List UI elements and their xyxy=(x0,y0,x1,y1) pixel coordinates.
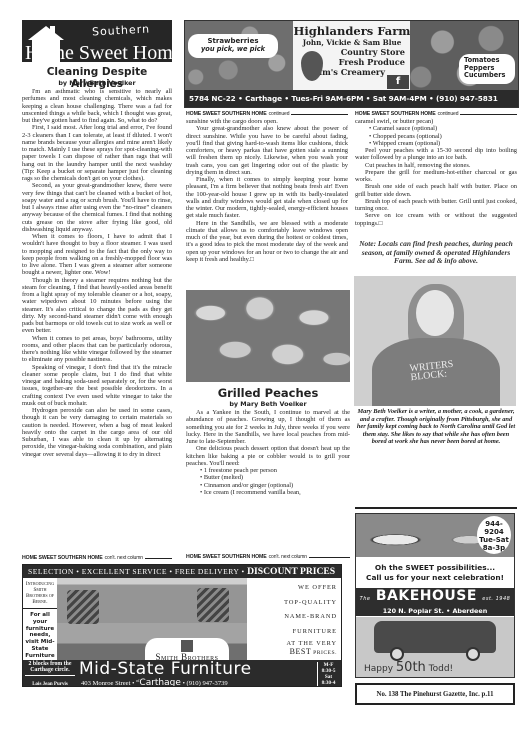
section-masthead: Southern Home Sweet Home xyxy=(22,20,172,62)
page-folio: No. 138 The Pinehurst Gazette, Inc. p.11 xyxy=(355,683,515,705)
editor-note: Note: Locals can find fresh peaches, dur… xyxy=(358,240,514,266)
article-byline: by Mary Beth Voelker xyxy=(22,79,172,87)
mid-state-furniture-ad[interactable]: SELECTION • EXCELLENT SERVICE • FREE DEL… xyxy=(22,564,342,687)
ingredients-list: 1 freestone peach per person Butter (mel… xyxy=(186,467,350,496)
article-body-peaches: As a Yankee in the South, I continue to … xyxy=(186,409,350,542)
store-hours: M-F 8:30-5 Sat 8:30-4 xyxy=(317,662,339,686)
recipe-steps: caramel swirl, or butter pecan) Caramel … xyxy=(355,118,517,227)
cake-message: Happy 50th Todd! xyxy=(364,660,453,675)
peaches-photo xyxy=(186,290,350,382)
bakery-tagline: Oh the SWEET possibilities... Call us fo… xyxy=(356,558,514,587)
highlanders-farm-ad[interactable]: Strawberries you pick, we pick Highlande… xyxy=(184,20,519,108)
article-body-cleaning: I'm an asthmatic who is sensitive to nea… xyxy=(22,88,172,554)
divider-line xyxy=(460,114,517,115)
bakehouse-ad[interactable]: 944-9204 Tue-Sat 8a-3p Oh the SWEET poss… xyxy=(355,513,515,678)
van-cake-photo: Happy 50th Todd! xyxy=(356,617,514,678)
divider-line xyxy=(291,114,348,115)
monogram-icon xyxy=(181,640,193,652)
author-bio: Mary Beth Voelker is a writer, a mother,… xyxy=(356,408,516,446)
continued-label-col3: HOME SWEET SOUTHERN HOMEcontinued xyxy=(355,111,517,117)
pillow xyxy=(67,590,99,624)
pillow xyxy=(197,588,229,622)
divider-line xyxy=(309,557,350,558)
furniture-bottom-bar: 2 blocks from the Carthage circle. Lois … xyxy=(23,660,341,687)
farm-info-bar: 5784 NC-22 • Carthage • Tues-Fri 9AM-6PM… xyxy=(185,90,518,107)
vegetables-bubble: Tomatoes Peppers Cucumbers xyxy=(459,54,515,84)
divider-line xyxy=(145,558,172,559)
store-name: Mid-State Furniture xyxy=(79,659,252,679)
bakery-hours-badge: 944-9204 Tue-Sat 8a-3p xyxy=(477,516,511,554)
furniture-top-bar: SELECTION • EXCELLENT SERVICE • FREE DEL… xyxy=(23,565,341,578)
furniture-offer-text: WE OFFER TOP-QUALITY NAME-BRAND FURNITUR… xyxy=(247,581,337,648)
bakery-name-bar: The BAKEHOUSE est. 1948 120 N. Poplar St… xyxy=(356,588,514,616)
farm-owners: John, Vickie & Sam Blue xyxy=(293,38,411,47)
divider-line xyxy=(355,507,517,509)
author-photo: WRITERSBLOCK: xyxy=(354,276,516,406)
article-headline-peaches: Grilled Peaches xyxy=(186,386,350,400)
masthead-title: Home Sweet Home xyxy=(25,42,172,62)
masthead-script: Southern xyxy=(92,22,151,38)
facebook-like-icon[interactable]: f xyxy=(387,75,409,89)
house-roof-icon xyxy=(28,26,64,40)
toppings-list: Caramel sauce (optional) Chopped pecans … xyxy=(355,125,517,147)
offer-tail: BEST PRICES. xyxy=(290,648,337,657)
store-address: 403 Monroe Street • ofCarthage • (910) 9… xyxy=(81,678,228,687)
sofa-photo: Smith Brothers of BERNE xyxy=(57,578,247,660)
farm-name: Highlanders Farm xyxy=(293,24,411,38)
article-byline-peaches: by Mary Beth Voelker xyxy=(186,400,350,408)
article-body-col2: sunshine with the cargo doors open. Your… xyxy=(186,118,348,288)
continued-next-column-label: HOME SWEET SOUTHERN HOMEcon't. next colu… xyxy=(22,555,172,561)
continued-label-col2: HOME SWEET SOUTHERN HOMEcontinued xyxy=(186,111,348,117)
farm-info-panel: Highlanders Farm John, Vickie & Sam Blue… xyxy=(293,21,411,91)
strawberries-bubble: Strawberries you pick, we pick xyxy=(188,34,278,58)
continued-next-column-label-2: HOME SWEET SOUTHERN HOMEcon't. next colu… xyxy=(186,554,350,560)
furniture-side-text: Introducing Smith Brothers of Berne. For… xyxy=(23,578,57,660)
